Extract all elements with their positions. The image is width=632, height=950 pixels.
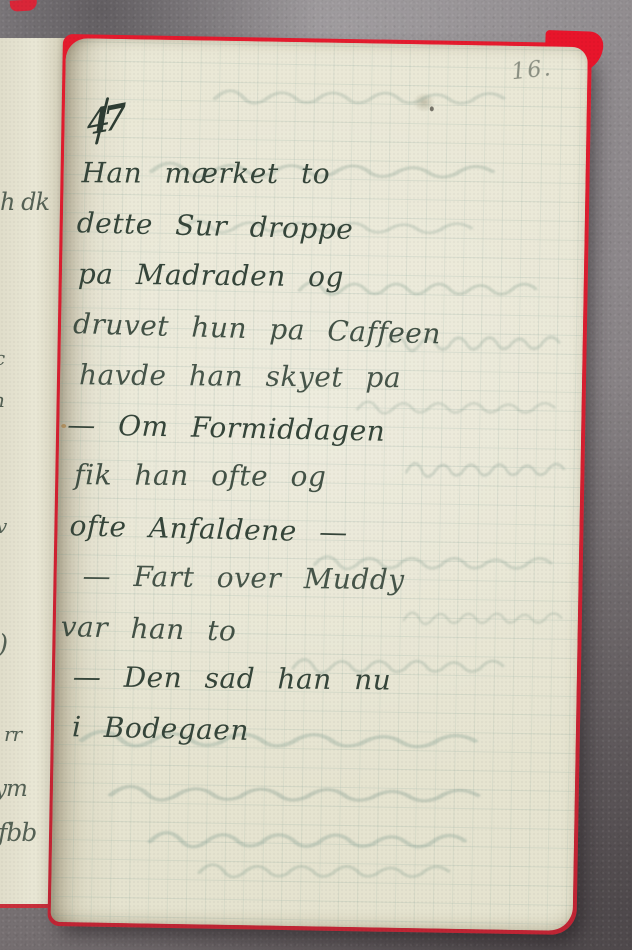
handwritten-line: pa Madraden og [77,257,562,313]
red-page-edge-top-left [10,0,38,12]
notebook-page: 16. 47 Han mærket to dette Sur droppe pa… [51,38,588,931]
handwriting-fragment: fbb [0,818,36,847]
handwriting-fragment: c [0,346,4,370]
handwritten-line: fik han ofte og [74,459,558,513]
handwritten-line: — Fart over Muddy [82,559,557,615]
handwriting-fragment: rr [4,722,21,746]
handwriting-fragment: n [0,388,4,412]
handwritten-line: havde han skyet pa [79,358,560,413]
handwritten-text-block: Han mærket to dette Sur droppe pa Madrad… [67,156,563,769]
crossed-out-scribble: 47 [87,97,120,144]
handwritten-line: — Den sad han nu [72,660,555,715]
handwriting-fragment: ym [0,776,27,802]
handwritten-line: i Bodegaen [71,711,554,771]
handwriting-fragment: ) [0,630,7,660]
handwritten-line: Han mærket to [81,156,563,208]
page-number: 16. [510,56,553,85]
handwriting-fragment: h dk [0,188,49,216]
photo-background: h dk c n v ) rr ym fbb [0,0,632,950]
handwriting-fragment: v [0,514,6,538]
